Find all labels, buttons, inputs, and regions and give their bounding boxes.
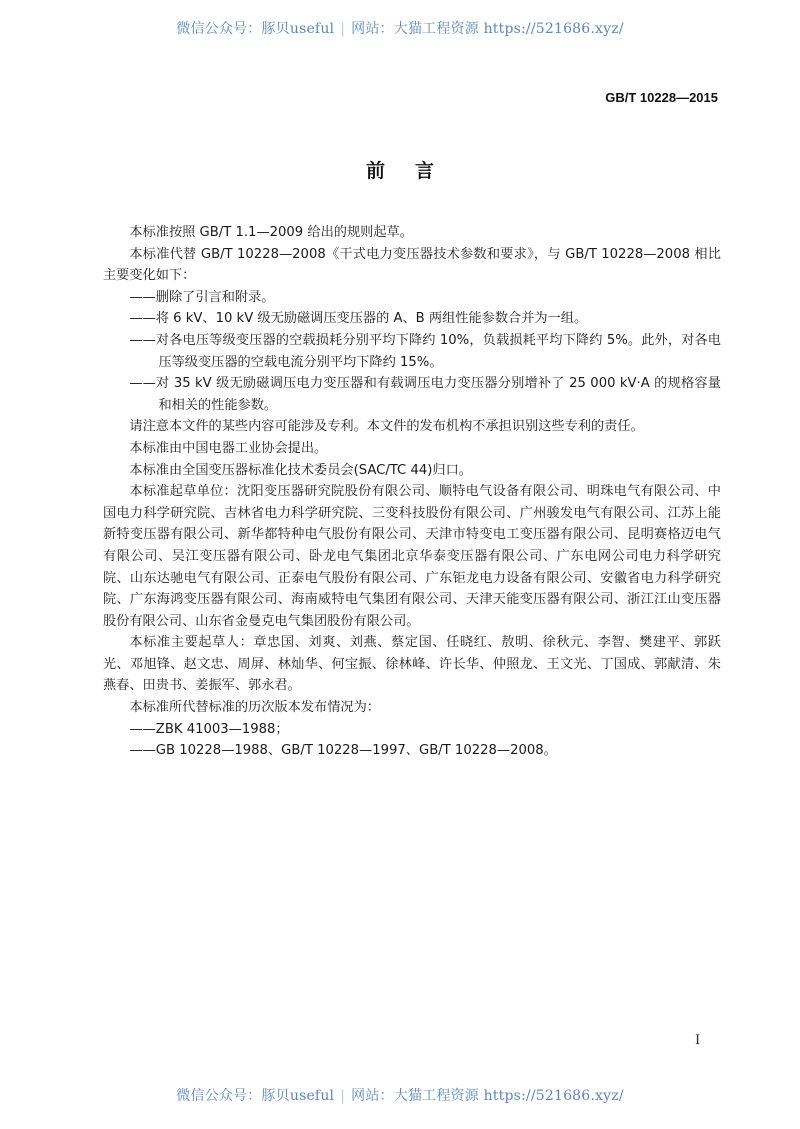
- paragraph-under-jurisdiction: 本标准由全国变压器标准化技术委员会(SAC/TC 44)归口。: [103, 460, 721, 482]
- watermark-separator: |: [340, 1088, 345, 1104]
- page-number: I: [695, 1033, 700, 1048]
- change-item: ——对 35 kV 级无励磁调压电力变压器和有载调压电力变压器分别增补了 25 …: [103, 373, 721, 416]
- watermark-wechat: 微信公众号：豚贝useful: [176, 21, 334, 37]
- paragraph-replaces: 本标准代替 GB/T 10228—2008《干式电力变压器技术参数和要求》，与 …: [103, 244, 721, 287]
- watermark-bottom: 微信公众号：豚贝useful|网站：大猫工程资源 https://521686.…: [0, 1085, 800, 1105]
- paragraph-drafting-rules: 本标准按照 GB/T 1.1—2009 给出的规则起草。: [103, 222, 721, 244]
- change-item: ——对各电压等级变压器的空载损耗分别平均下降约 10%，负载损耗平均下降约 5%…: [103, 330, 721, 373]
- foreword-body: 本标准按照 GB/T 1.1—2009 给出的规则起草。 本标准代替 GB/T …: [103, 222, 721, 762]
- history-item: ——GB 10228—1988、GB/T 10228—1997、GB/T 102…: [103, 740, 721, 762]
- paragraph-proposed-by: 本标准由中国电器工业协会提出。: [103, 438, 721, 460]
- watermark-separator: |: [340, 21, 345, 37]
- change-item: ——删除了引言和附录。: [103, 287, 721, 309]
- paragraph-drafting-organizations: 本标准起草单位：沈阳变压器研究院股份有限公司、顺特电气设备有限公司、明珠电气有限…: [103, 481, 721, 632]
- standard-code: GB/T 10228—2015: [605, 90, 718, 105]
- watermark-top: 微信公众号：豚贝useful|网站：大猫工程资源 https://521686.…: [0, 18, 800, 38]
- paragraph-patent-notice: 请注意本文件的某些内容可能涉及专利。本文件的发布机构不承担识别这些专利的责任。: [103, 416, 721, 438]
- paragraph-main-drafters: 本标准主要起草人：章忠国、刘爽、刘燕、蔡定国、任晓红、敖明、徐秋元、李智、樊建平…: [103, 632, 721, 697]
- page-title: 前言: [0, 156, 800, 183]
- history-item: ——ZBK 41003—1988；: [103, 719, 721, 741]
- watermark-website: 网站：大猫工程资源 https://521686.xyz/: [351, 21, 624, 37]
- change-item: ——将 6 kV、10 kV 级无励磁调压变压器的 A、B 两组性能参数合并为一…: [103, 308, 721, 330]
- watermark-wechat: 微信公众号：豚贝useful: [176, 1088, 334, 1104]
- paragraph-version-history: 本标准所代替标准的历次版本发布情况为：: [103, 697, 721, 719]
- watermark-website: 网站：大猫工程资源 https://521686.xyz/: [351, 1088, 624, 1104]
